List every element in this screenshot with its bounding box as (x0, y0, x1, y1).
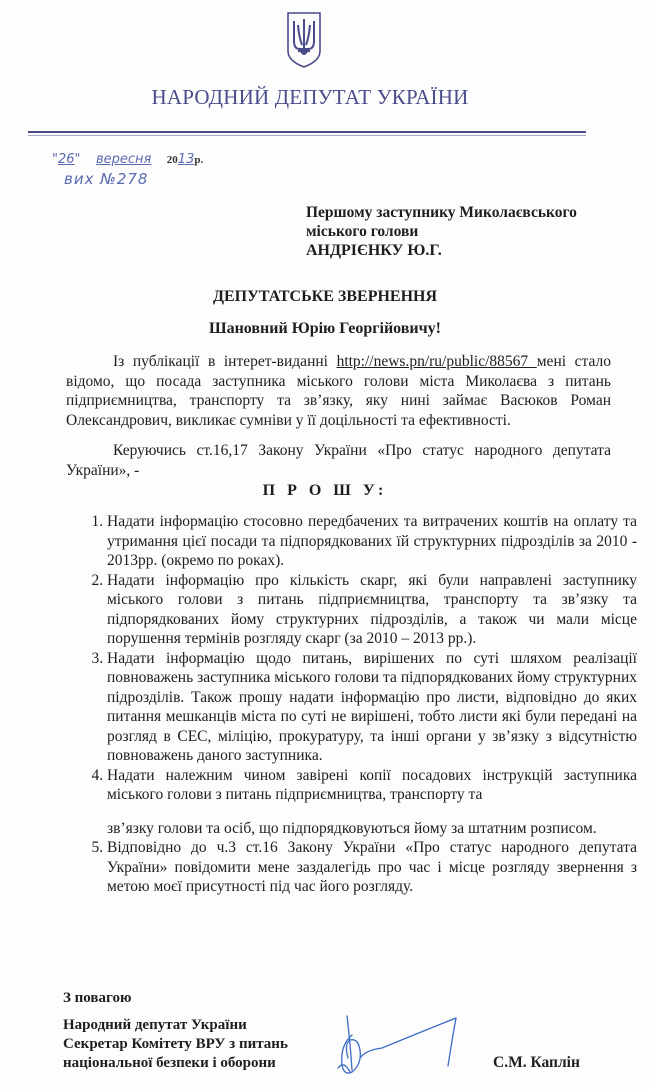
request-item-text: Надати належним чином завірені копії пос… (107, 767, 637, 804)
addressee-block: Першому заступнику Миколаєвського місько… (306, 203, 577, 260)
request-list: Надати інформацію стосовно передбачених … (82, 512, 637, 897)
addressee-line2: міського голови (306, 222, 577, 241)
source-link[interactable]: http://news.pn/ru/public/88567 (337, 353, 537, 370)
date-quote-close: " (75, 152, 81, 167)
letterhead-title: НАРОДНИЙ ДЕПУТАТ УКРАЇНИ (0, 85, 620, 110)
closing-regards: З повагою (63, 990, 131, 1007)
request-item: Надати належним чином завірені копії пос… (107, 766, 637, 839)
addressee-line1: Першому заступнику Миколаєвського (306, 203, 577, 222)
signer-name: С.М. Каплін (493, 1054, 580, 1072)
request-item: Надати інформацію про кількість скарг, я… (107, 571, 637, 649)
document-date: "26" вересня 2013р. (52, 152, 203, 167)
document-title: ДЕПУТАТСЬКЕ ЗВЕРНЕННЯ (0, 288, 650, 306)
request-item-continuation: зв’язку голови та осіб, що підпорядковую… (107, 819, 637, 839)
paragraph-legal-basis: Керуючись ст.16,17 Закону України «Про с… (66, 441, 611, 480)
position-line3: національної безпеки і оборони (63, 1054, 288, 1073)
position-line1: Народний депутат України (63, 1016, 288, 1035)
position-line2: Секретар Комітету ВРУ з питань (63, 1035, 288, 1054)
letterhead-divider (28, 131, 586, 133)
paragraph-intro: Із публікації в інтерет-виданні http://n… (66, 352, 611, 430)
intro-text-start: Із публікації в інтерет-виданні (113, 353, 337, 370)
addressee-name: АНДРІЄНКУ Ю.Г. (306, 241, 577, 260)
letterhead-divider-thin (28, 135, 586, 136)
date-year-suffix: 13 (178, 152, 195, 167)
request-item: Відповідно до ч.3 ст.16 Закону України «… (107, 838, 637, 897)
signer-position: Народний депутат України Секретар Коміте… (63, 1016, 288, 1073)
date-year-prefix: 20 (167, 154, 178, 166)
request-item: Надати інформацію щодо питань, вирішених… (107, 649, 637, 766)
coat-of-arms-icon (286, 11, 322, 69)
date-year-label: р. (194, 154, 203, 166)
request-item: Надати інформацію стосовно передбачених … (107, 512, 637, 571)
date-day: 26 (58, 152, 75, 167)
date-month: вересня (85, 152, 163, 167)
salutation: Шановний Юрію Георгійовичу! (0, 320, 650, 338)
outgoing-number: вих №278 (64, 170, 148, 188)
handwritten-signature-icon (336, 1010, 466, 1082)
request-heading: П Р О Ш У: (0, 482, 650, 500)
